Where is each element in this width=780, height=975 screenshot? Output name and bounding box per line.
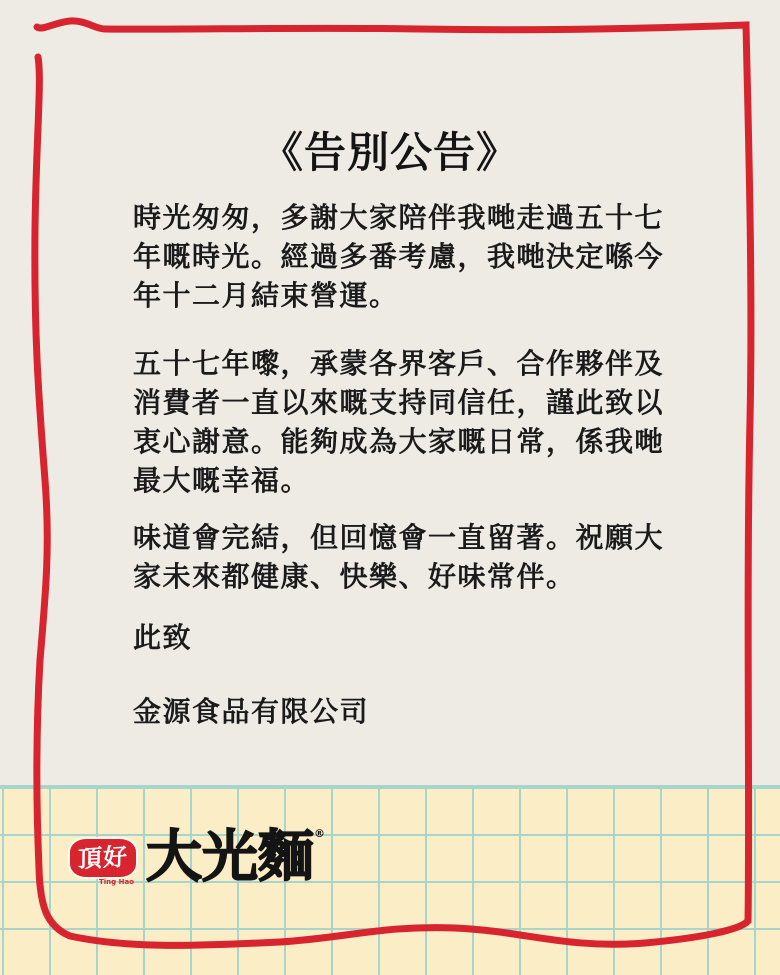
paragraph-1: 時光匆匆，多謝大家陪伴我哋走過五十七 年嘅時光。經過多番考慮，我哋決定喺今 年十… — [133, 198, 718, 315]
brand-name: 大光麵® — [146, 830, 325, 886]
brand-logo: 頂好 Ting Hao 大光麵® — [70, 822, 325, 886]
closing-salutation: 此致 — [133, 618, 718, 657]
company-name: 金源食品有限公司 — [133, 692, 718, 731]
paragraph-3: 味道會完結，但回憶會一直留著。祝願大 家未來都健康、快樂、好味常伴。 — [133, 518, 718, 596]
page-title: 《告別公告》 — [0, 120, 780, 180]
announcement-poster: 《告別公告》 時光匆匆，多謝大家陪伴我哋走過五十七 年嘅時光。經過多番考慮，我哋… — [0, 0, 780, 975]
registered-trademark-icon: ® — [314, 827, 325, 840]
paragraph-2: 五十七年嚟，承蒙各界客戶、合作夥伴及 消費者一直以來嘅支持同信任，謹此致以 衷心… — [133, 344, 718, 500]
badge-text: 頂好 — [78, 845, 128, 872]
badge-caption: Ting Hao — [99, 878, 134, 886]
tinghao-badge-icon: 頂好 Ting Hao — [70, 839, 136, 877]
brand-name-text: 大光麵 — [146, 825, 314, 890]
